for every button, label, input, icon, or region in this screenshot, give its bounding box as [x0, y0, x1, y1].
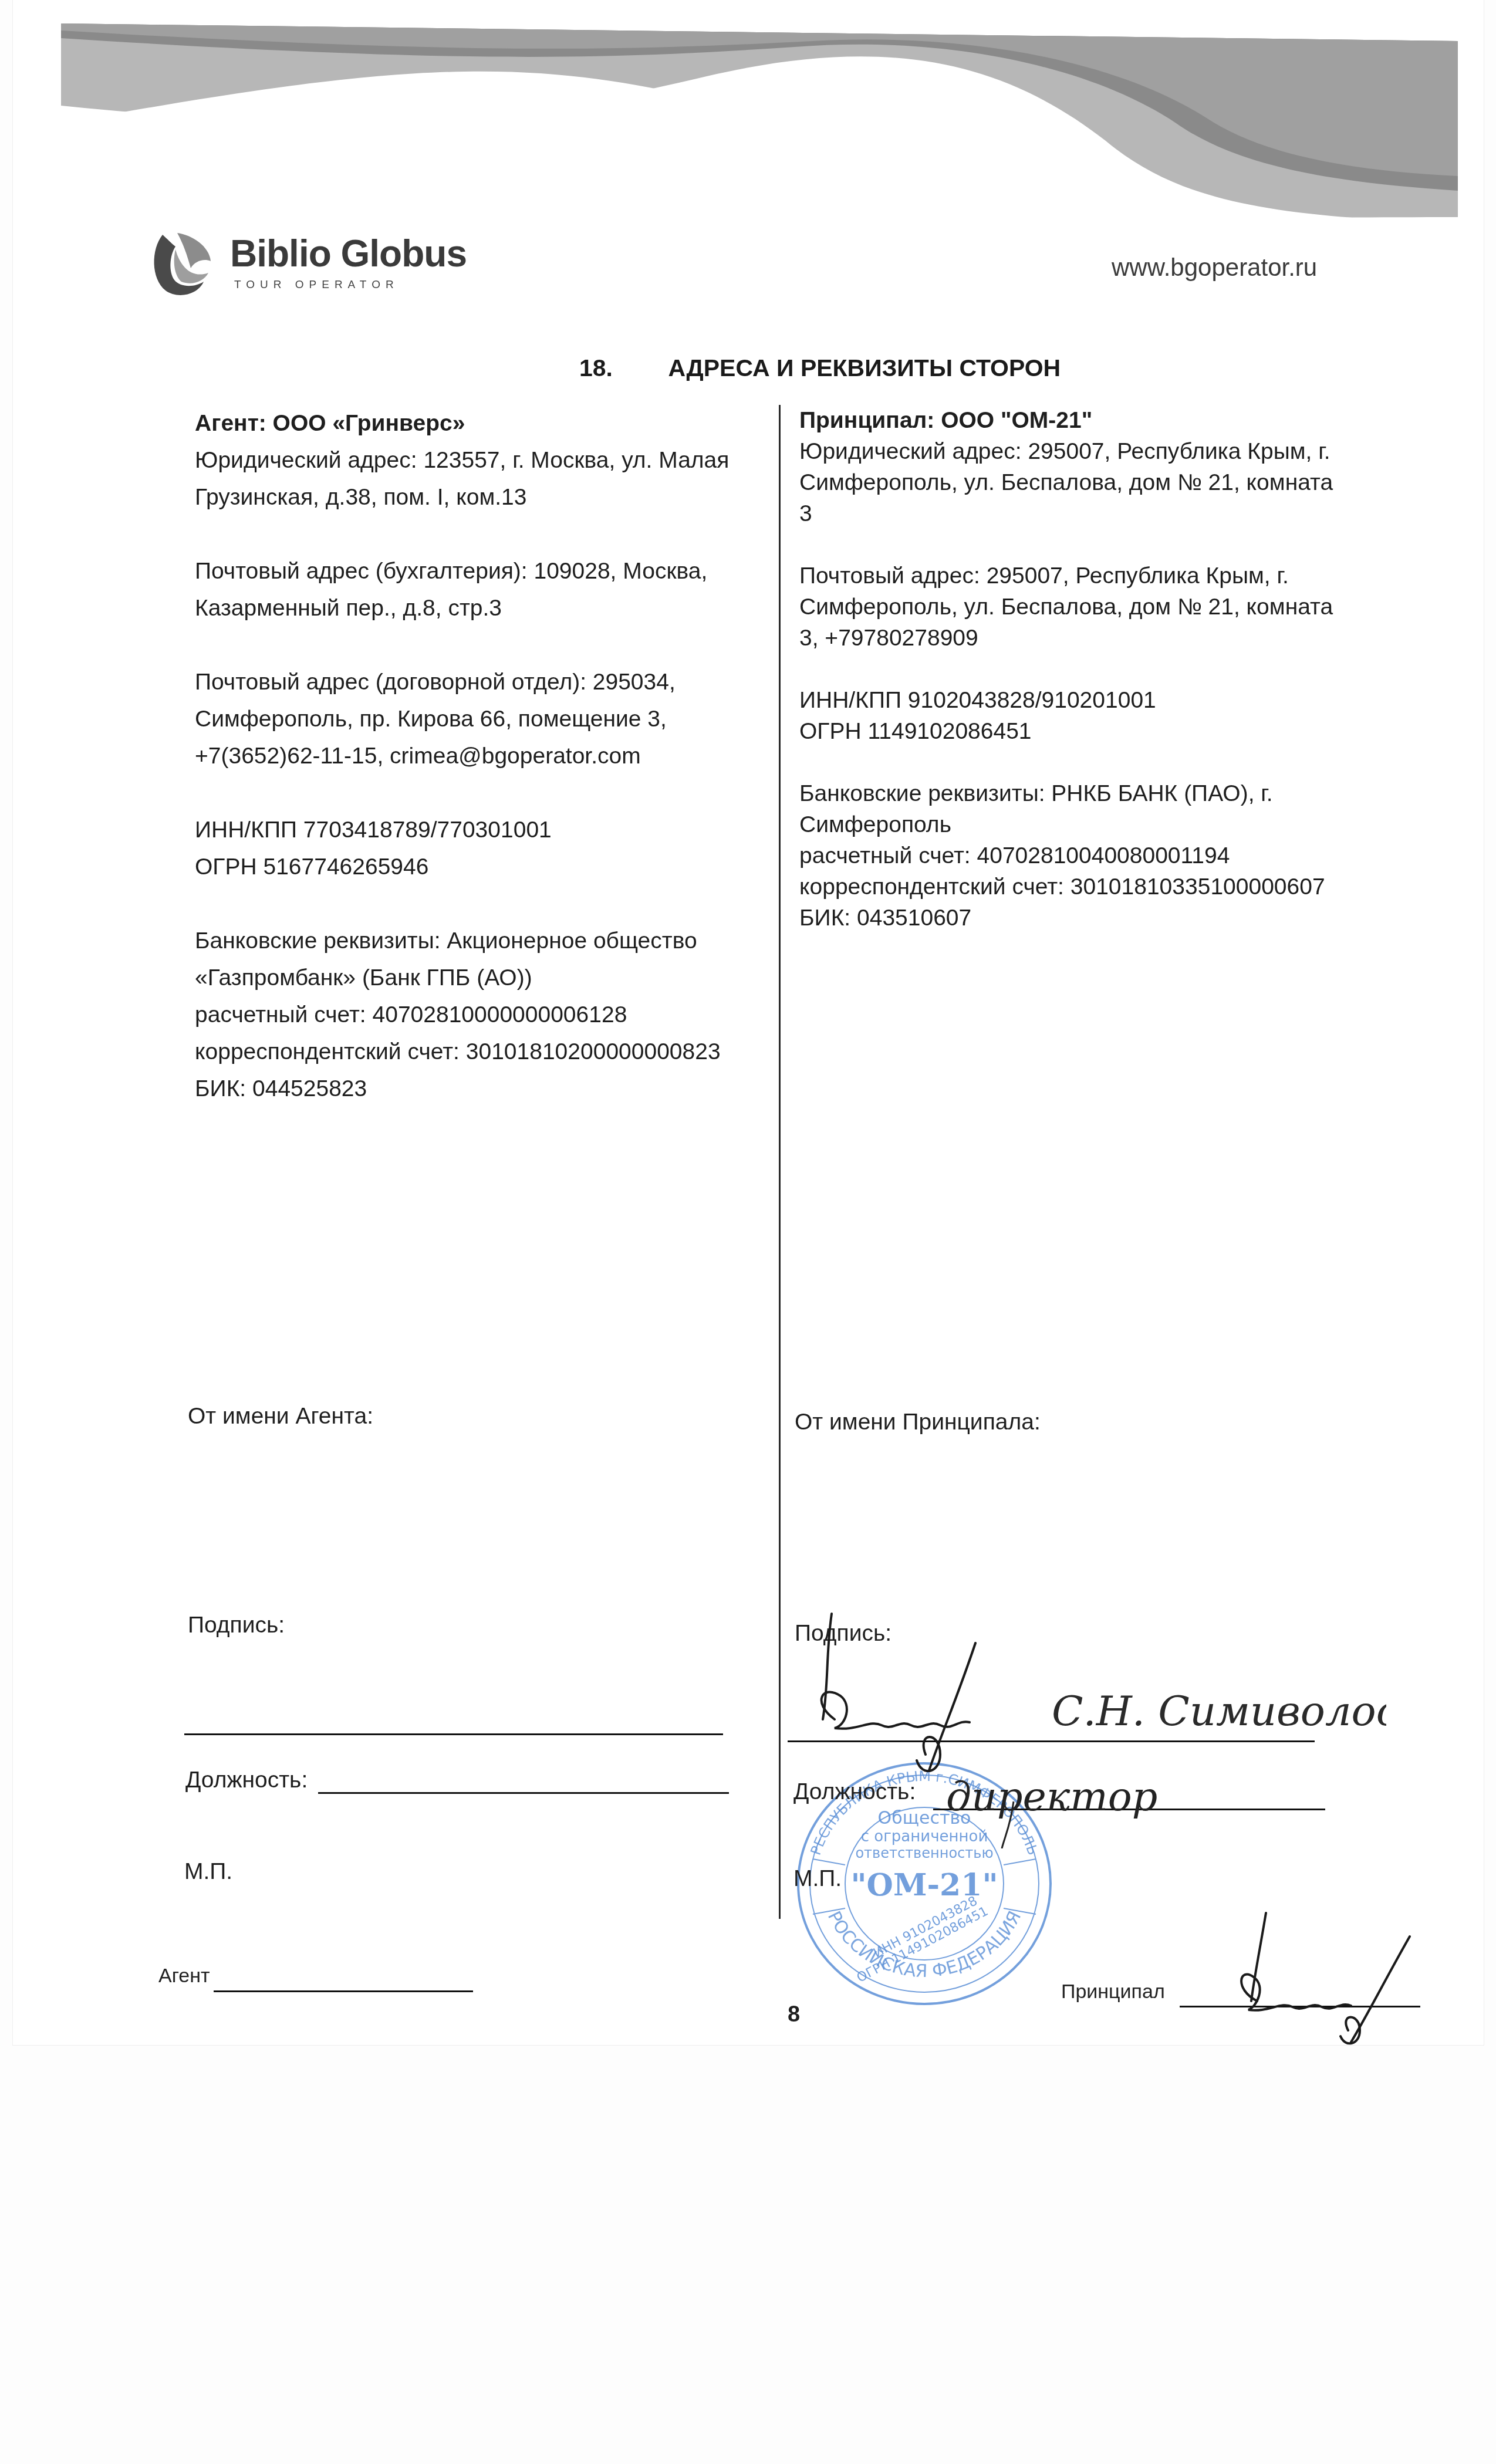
agent-details: Агент: ООО «Гринверс» Юридический адрес:… [195, 405, 782, 1107]
principal-bank-line: Банковские реквизиты: РНКБ БАНК (ПАО), г… [799, 778, 1398, 809]
agent-position-line[interactable] [318, 1792, 729, 1794]
principal-on-behalf-label: От имени Принципала: [795, 1410, 1041, 1435]
agent-seal-label: М.П. [184, 1859, 232, 1885]
principal-handwritten-name: С.Н. Симиволос [1052, 1687, 1386, 1735]
agent-position-label: Должность: [185, 1767, 308, 1793]
agent-bank-line: расчетный счет: 40702810000000006128 [195, 996, 782, 1033]
svg-text:директор: директор [946, 1774, 1157, 1820]
principal-handwritten-position: директор [940, 1766, 1187, 1848]
website-link[interactable]: www.bgoperator.ru [1112, 254, 1317, 282]
stamp-company-name: "ОМ-21" [851, 1867, 998, 1903]
agent-on-behalf-label: От имени Агента: [188, 1404, 373, 1429]
principal-legal-address-line: Симферополь, ул. Беспалова, дом № 21, ко… [799, 467, 1398, 498]
agent-signature-line[interactable] [184, 1733, 723, 1735]
globe-logo-icon [145, 226, 221, 302]
agent-ogrn: ОГРН 5167746265946 [195, 849, 782, 885]
document-page: Biblio Globus TOUR OPERATOR www.bgoperat… [13, 0, 1484, 2045]
agent-footer-signature-line[interactable] [214, 1990, 473, 1992]
agent-bank-line: «Газпромбанк» (Банк ГПБ (АО)) [195, 959, 782, 996]
principal-seal-label: М.П. [793, 1866, 842, 1892]
agent-bank-line: БИК: 044525823 [195, 1070, 782, 1107]
principal-bank-line: Симферополь [799, 809, 1398, 840]
principal-bank-line: БИК: 043510607 [799, 903, 1398, 934]
brand-name: Biblio Globus [230, 232, 467, 275]
principal-title: Принципал: ООО "ОМ-21" [799, 405, 1398, 436]
header-banner-wave [61, 23, 1458, 223]
principal-bank-line: корреспондентский счет: 3010181033510000… [799, 871, 1398, 903]
section-heading: 18. АДРЕСА И РЕКВИЗИТЫ СТОРОН [579, 354, 1061, 382]
agent-bank-line: корреспондентский счет: 3010181020000000… [195, 1033, 782, 1070]
agent-footer-label: Агент [158, 1965, 210, 1988]
agent-postal-contracts-line: Симферополь, пр. Кирова 66, помещение 3, [195, 701, 782, 738]
principal-position-label: Должность: [793, 1779, 916, 1805]
agent-inn-kpp: ИНН/КПП 7703418789/770301001 [195, 812, 782, 849]
agent-bank-line: Банковские реквизиты: Акционерное общест… [195, 922, 782, 959]
brand-tagline: TOUR OPERATOR [234, 279, 399, 292]
agent-legal-address-line: Юридический адрес: 123557, г. Москва, ул… [195, 442, 782, 479]
principal-bank-line: расчетный счет: 40702810040080001194 [799, 840, 1398, 871]
principal-handwritten-signature: С.Н. Симиволос [799, 1584, 1386, 1772]
agent-postal-contracts-line: Почтовый адрес (договорной отдел): 29503… [195, 664, 782, 701]
principal-inn-kpp: ИНН/КПП 9102043828/910201001 [799, 685, 1398, 716]
principal-legal-address-line: Юридический адрес: 295007, Республика Кр… [799, 436, 1398, 467]
agent-signature-label: Подпись: [188, 1613, 285, 1638]
column-divider [779, 405, 781, 1919]
agent-legal-address-line: Грузинская, д.38, пом. I, ком.13 [195, 479, 782, 516]
principal-postal-address-line: 3, +79780278909 [799, 623, 1398, 654]
section-title: АДРЕСА И РЕКВИЗИТЫ СТОРОН [668, 354, 1061, 381]
principal-footer-signature [1210, 1901, 1433, 2048]
principal-postal-address-line: Симферополь, ул. Беспалова, дом № 21, ко… [799, 592, 1398, 623]
section-number: 18. [579, 354, 661, 382]
principal-postal-address-line: Почтовый адрес: 295007, Республика Крым,… [799, 560, 1398, 592]
agent-postal-contracts-line: +7(3652)62-11-15, crimea@bgoperator.com [195, 738, 782, 775]
agent-title: Агент: ООО «Гринверс» [195, 405, 782, 442]
agent-postal-accounting-line: Казарменный пер., д.8, стр.3 [195, 590, 782, 627]
principal-footer-label: Принципал [1061, 1980, 1165, 2003]
principal-ogrn: ОГРН 1149102086451 [799, 716, 1398, 747]
brand-logo: Biblio Globus TOUR OPERATOR [145, 226, 485, 302]
principal-legal-address-line: 3 [799, 498, 1398, 529]
agent-postal-accounting-line: Почтовый адрес (бухгалтерия): 109028, Мо… [195, 553, 782, 590]
principal-details: Принципал: ООО "ОМ-21" Юридический адрес… [799, 405, 1398, 934]
page-number: 8 [788, 2002, 800, 2027]
